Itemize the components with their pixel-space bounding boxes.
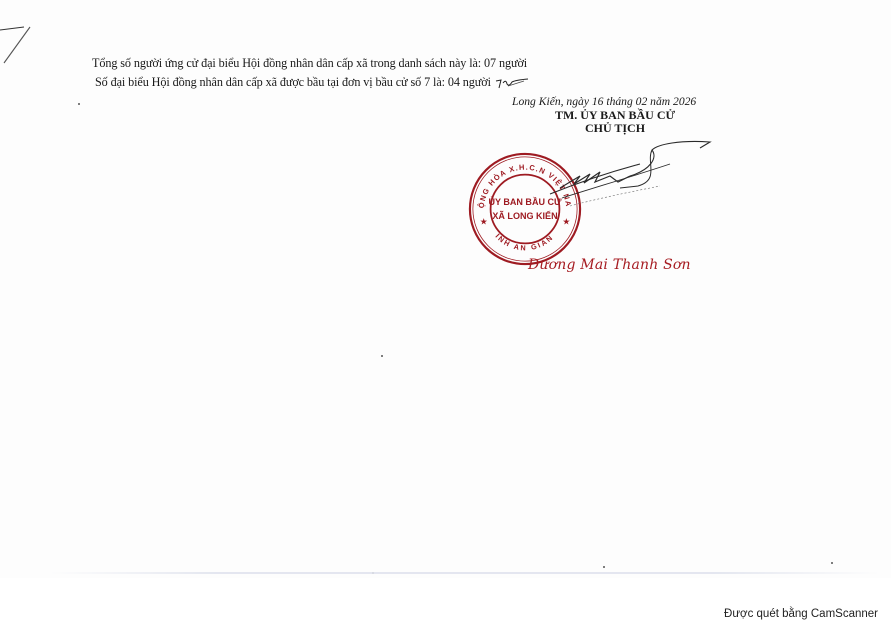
signatory-position: CHỦ TỊCH (530, 121, 700, 136)
folded-corner-mark (0, 0, 40, 70)
handwritten-signature (540, 136, 720, 216)
elected-count-line: Số đại biểu Hội đồng nhân dân cấp xã đượ… (95, 75, 491, 90)
initial-mark-icon (494, 76, 530, 90)
signer-name: Dương Mai Thanh Sơn (528, 257, 691, 273)
scan-bottom-edge (50, 572, 880, 574)
scan-speck (381, 355, 383, 357)
svg-text:★: ★ (480, 218, 488, 228)
total-candidates-line: Tổng số người ứng cử đại biểu Hội đồng n… (92, 56, 527, 71)
scanned-page: Tổng số người ứng cử đại biểu Hội đồng n… (0, 0, 891, 578)
scan-speck (603, 566, 605, 568)
scan-speck (78, 103, 80, 105)
svg-text:★: ★ (562, 218, 570, 228)
place-date: Long Kiến, ngày 16 tháng 02 năm 2026 (512, 95, 696, 108)
scan-speck (831, 562, 833, 564)
camscanner-watermark: Được quét bằng CamScanner (724, 608, 878, 620)
